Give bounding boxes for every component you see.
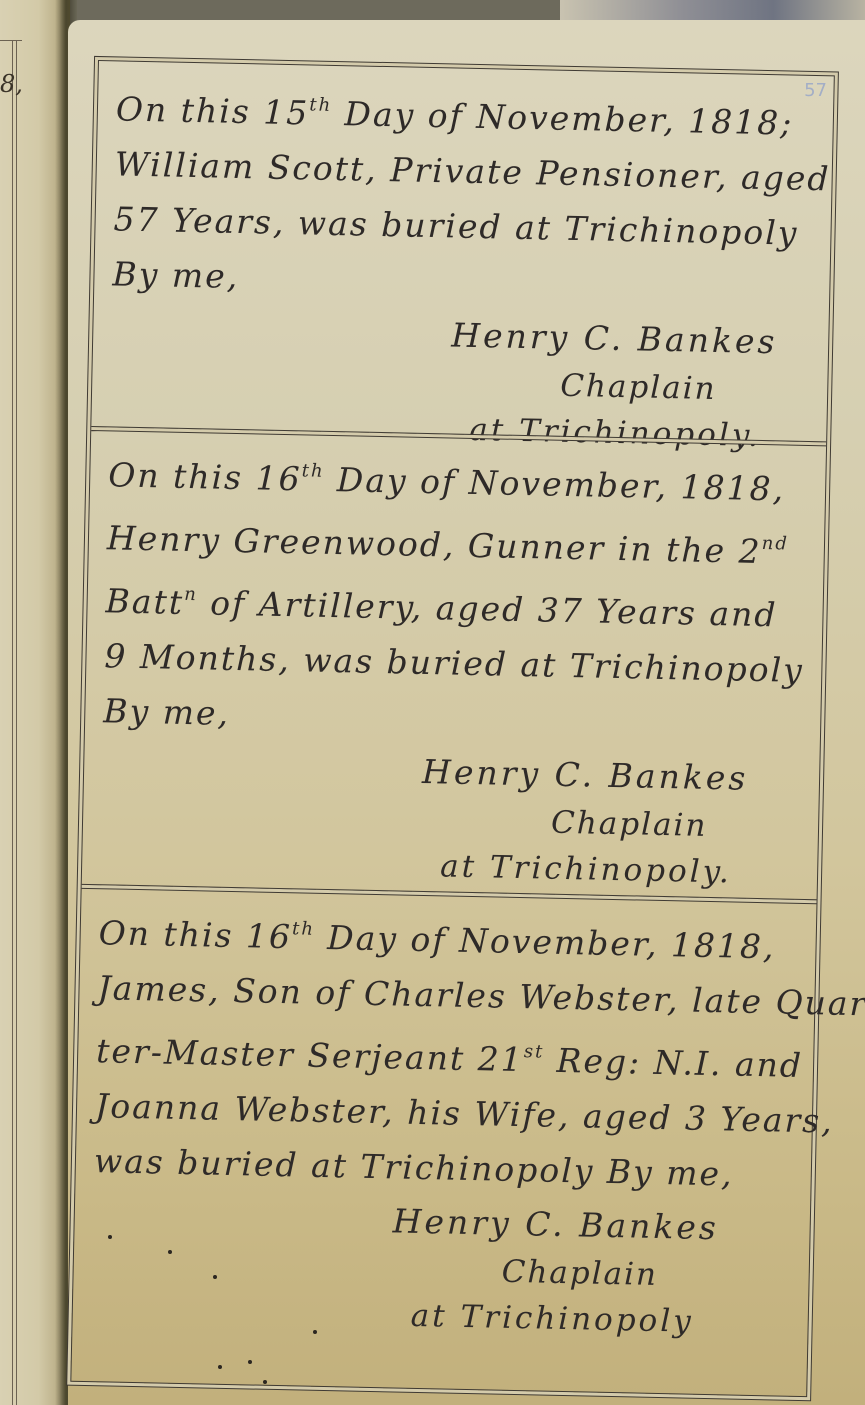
burial-entry: On this 16th Day of November, 1818, Jame… — [71, 884, 816, 1396]
ink-speck — [248, 1360, 252, 1364]
previous-page-rule — [12, 40, 13, 1405]
chaplain-signature: Henry C. Bankes Chaplain at Trichinopoly… — [100, 740, 792, 896]
burial-entry: On this 16th Day of November, 1818, Henr… — [82, 426, 826, 899]
register-page: 57 On this 15th Day of November, 1818; W… — [68, 20, 865, 1405]
burial-entry: On this 15th Day of November, 1818; Will… — [91, 61, 833, 441]
ink-speck — [168, 1250, 172, 1254]
ink-speck — [218, 1365, 222, 1369]
chaplain-signature: Henry C. Bankes Chaplain at Trichinopoly — [90, 1190, 782, 1346]
previous-page-rule-top — [0, 40, 22, 41]
ink-speck — [213, 1275, 217, 1279]
ink-speck — [263, 1380, 267, 1384]
previous-page-rule — [16, 40, 17, 1405]
ink-speck — [108, 1235, 112, 1239]
ink-speck — [313, 1330, 317, 1334]
previous-page-text-fragment: 8, — [0, 70, 23, 98]
register-frame: On this 15th Day of November, 1818; Will… — [70, 60, 835, 1397]
